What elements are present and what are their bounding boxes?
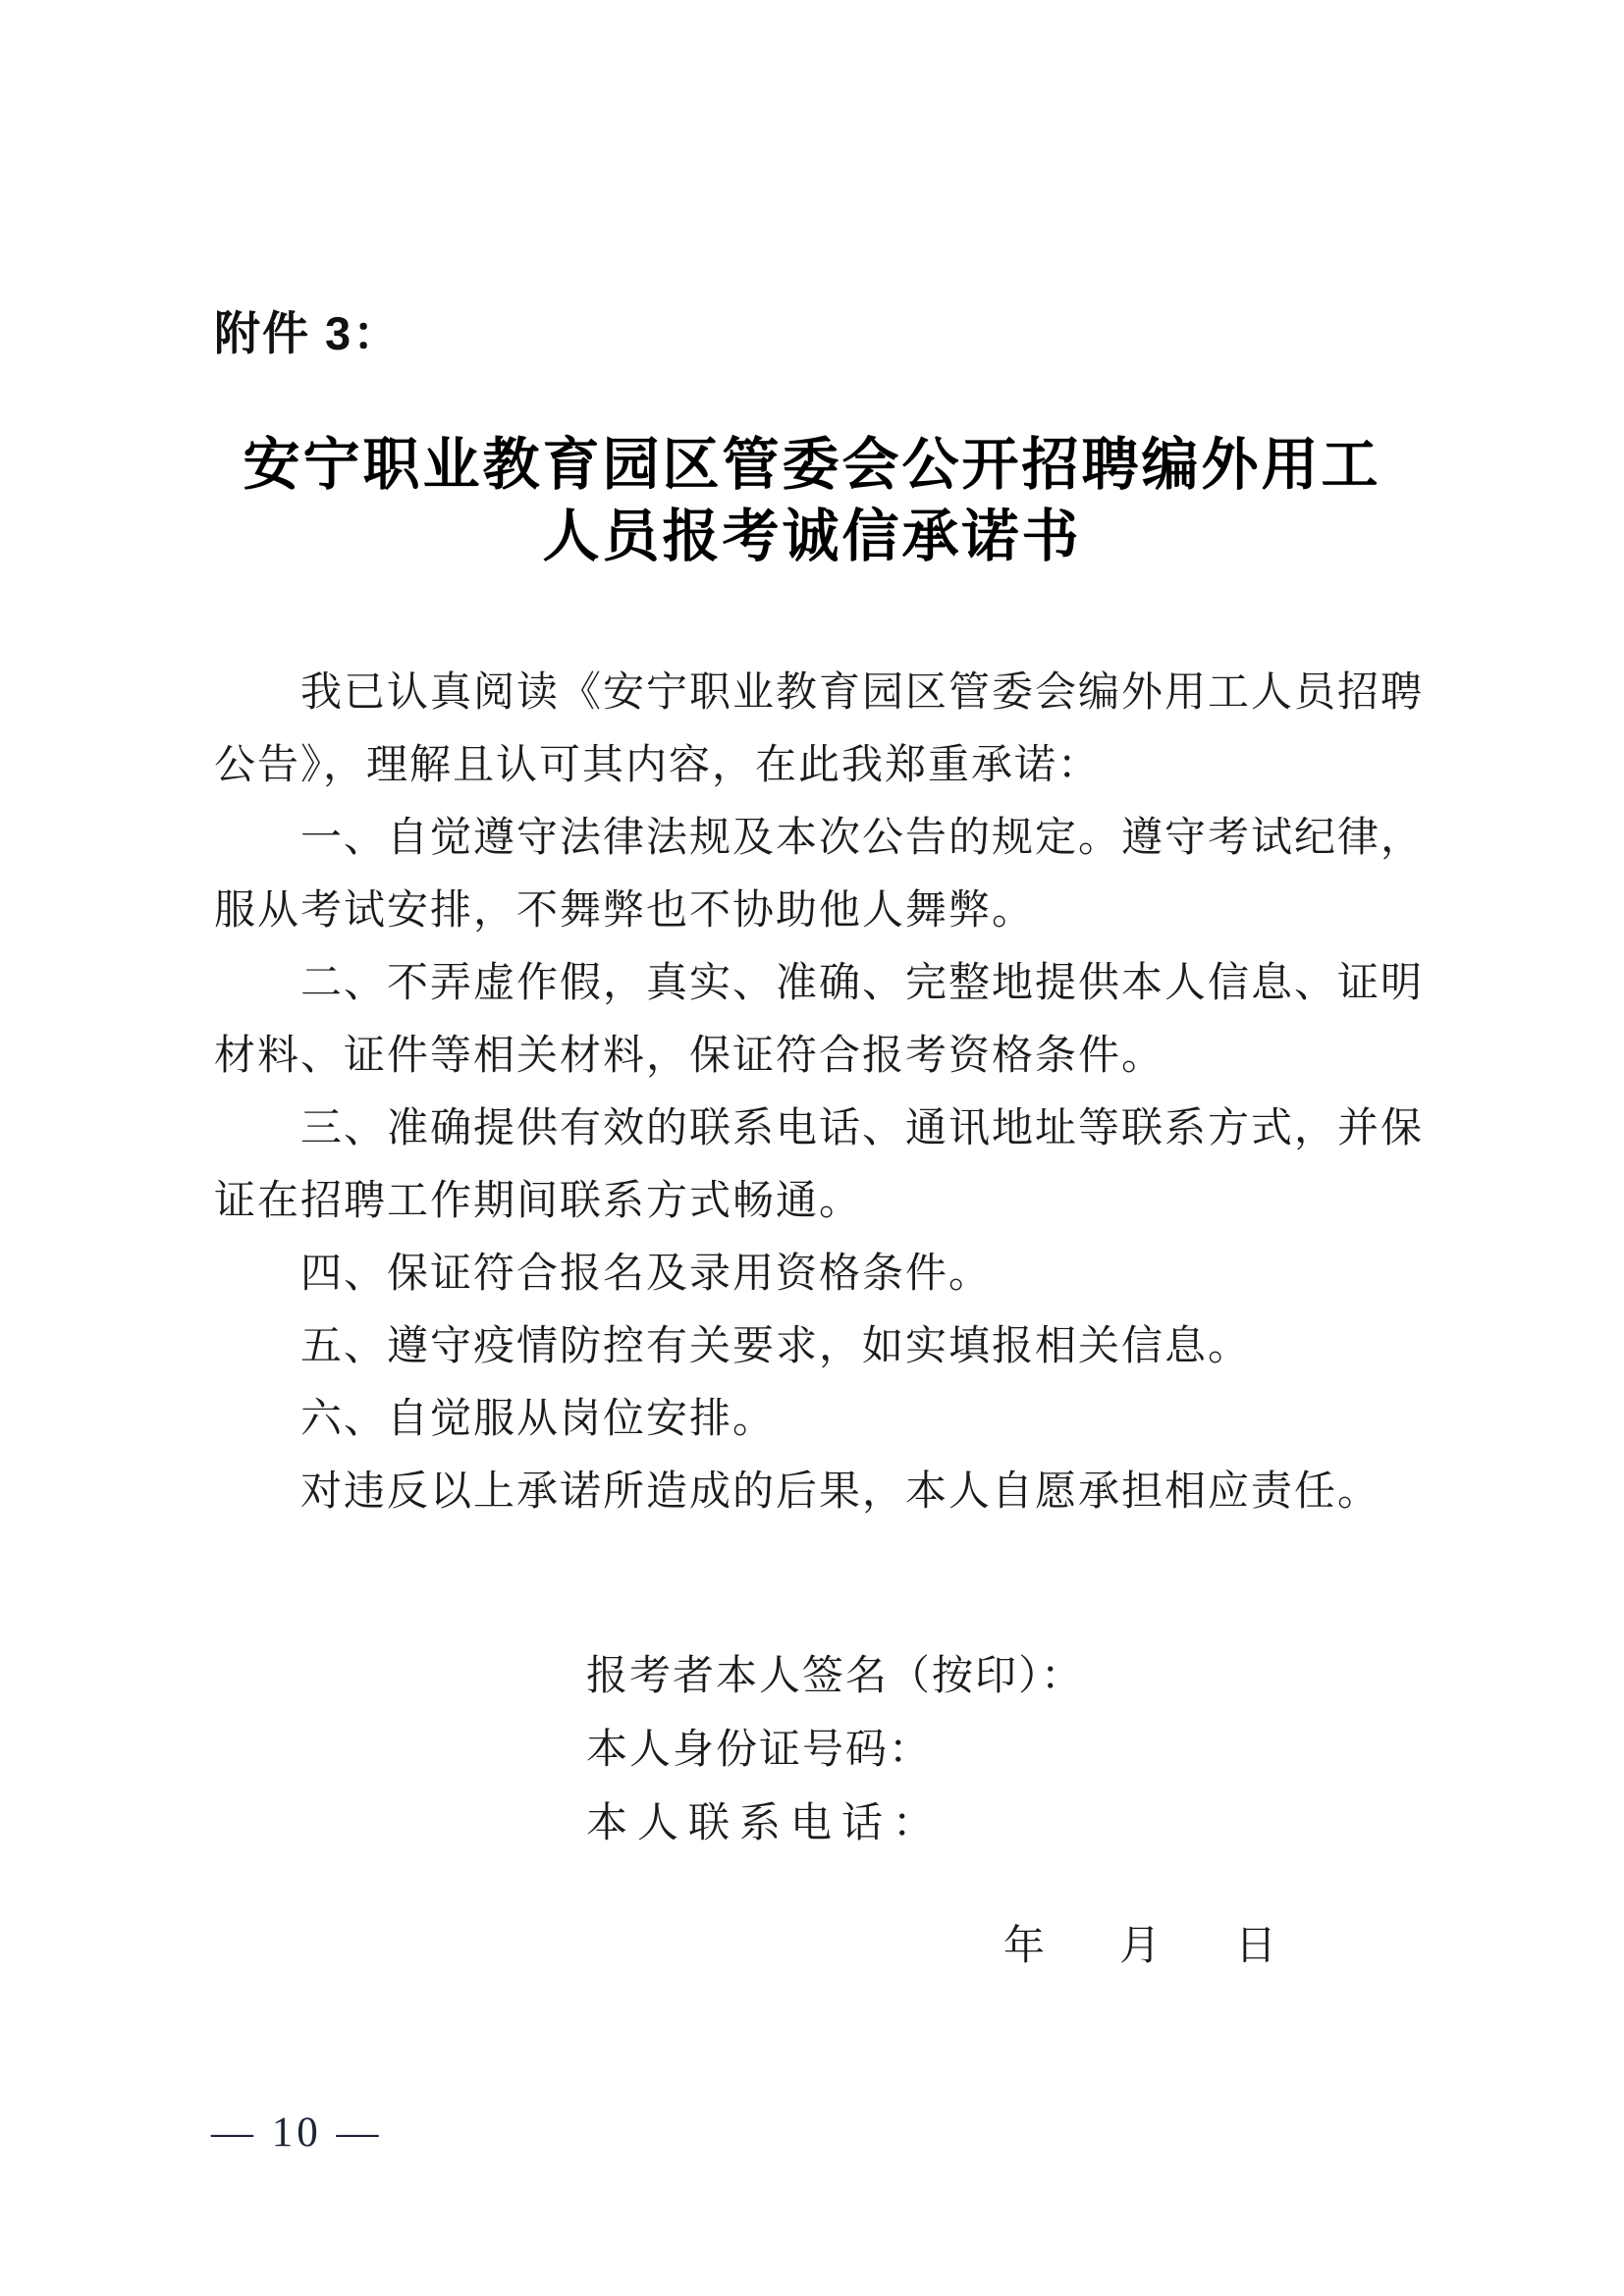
body-line: 二、不弄虚作假，真实、准确、完整地提供本人信息、证明 xyxy=(214,947,1490,1020)
document-page: 附件 3： 安宁职业教育园区管委会公开招聘编外用工 人员报考诚信承诺书 我已认真… xyxy=(0,0,1624,2296)
body-line: 服从考试安排，不舞弊也不协助他人舞弊。 xyxy=(214,875,1490,947)
body-line: 材料、证件等相关材料，保证符合报考资格条件。 xyxy=(214,1020,1490,1093)
body-line: 五、遵守疫情防控有关要求，如实填报相关信息。 xyxy=(214,1310,1490,1383)
day-label: 日 xyxy=(1235,1910,1276,1983)
body-line: 一、自觉遵守法律法规及本次公告的规定。遵守考试纪律， xyxy=(214,802,1490,875)
document-title: 安宁职业教育园区管委会公开招聘编外用工 人员报考诚信承诺书 xyxy=(0,429,1624,572)
title-line-1: 安宁职业教育园区管委会公开招聘编外用工 xyxy=(0,429,1624,501)
signature-line-name: 报考者本人签名（按印）： xyxy=(586,1640,1084,1714)
body-line: 六、自觉服从岗位安排。 xyxy=(214,1383,1490,1456)
body-line: 对违反以上承诺所造成的后果，本人自愿承担相应责任。 xyxy=(214,1456,1490,1528)
body-line: 我已认真阅读《安宁职业教育园区管委会编外用工人员招聘 xyxy=(214,657,1490,729)
body-line: 公告》，理解且认可其内容，在此我郑重承诺： xyxy=(214,729,1490,802)
month-label: 月 xyxy=(1119,1910,1161,1983)
signature-line-phone: 本人联系电话： xyxy=(586,1788,1084,1861)
title-line-2: 人员报考诚信承诺书 xyxy=(0,501,1624,572)
signature-block: 报考者本人签名（按印）： 本人身份证号码： 本人联系电话： xyxy=(586,1640,1084,1861)
body-line: 三、准确提供有效的联系电话、通讯地址等联系方式，并保 xyxy=(214,1093,1490,1165)
attachment-label: 附件 3： xyxy=(214,297,401,363)
document-body: 我已认真阅读《安宁职业教育园区管委会编外用工人员招聘 公告》，理解且认可其内容，… xyxy=(214,657,1490,1528)
body-line: 证在招聘工作期间联系方式畅通。 xyxy=(214,1165,1490,1238)
signature-line-id-number: 本人身份证号码： xyxy=(586,1714,1084,1788)
page-number: — 10 — xyxy=(211,2109,383,2158)
year-label: 年 xyxy=(1003,1910,1045,1983)
date-line: 年 月 日 xyxy=(1003,1910,1276,1983)
body-line: 四、保证符合报名及录用资格条件。 xyxy=(214,1238,1490,1310)
